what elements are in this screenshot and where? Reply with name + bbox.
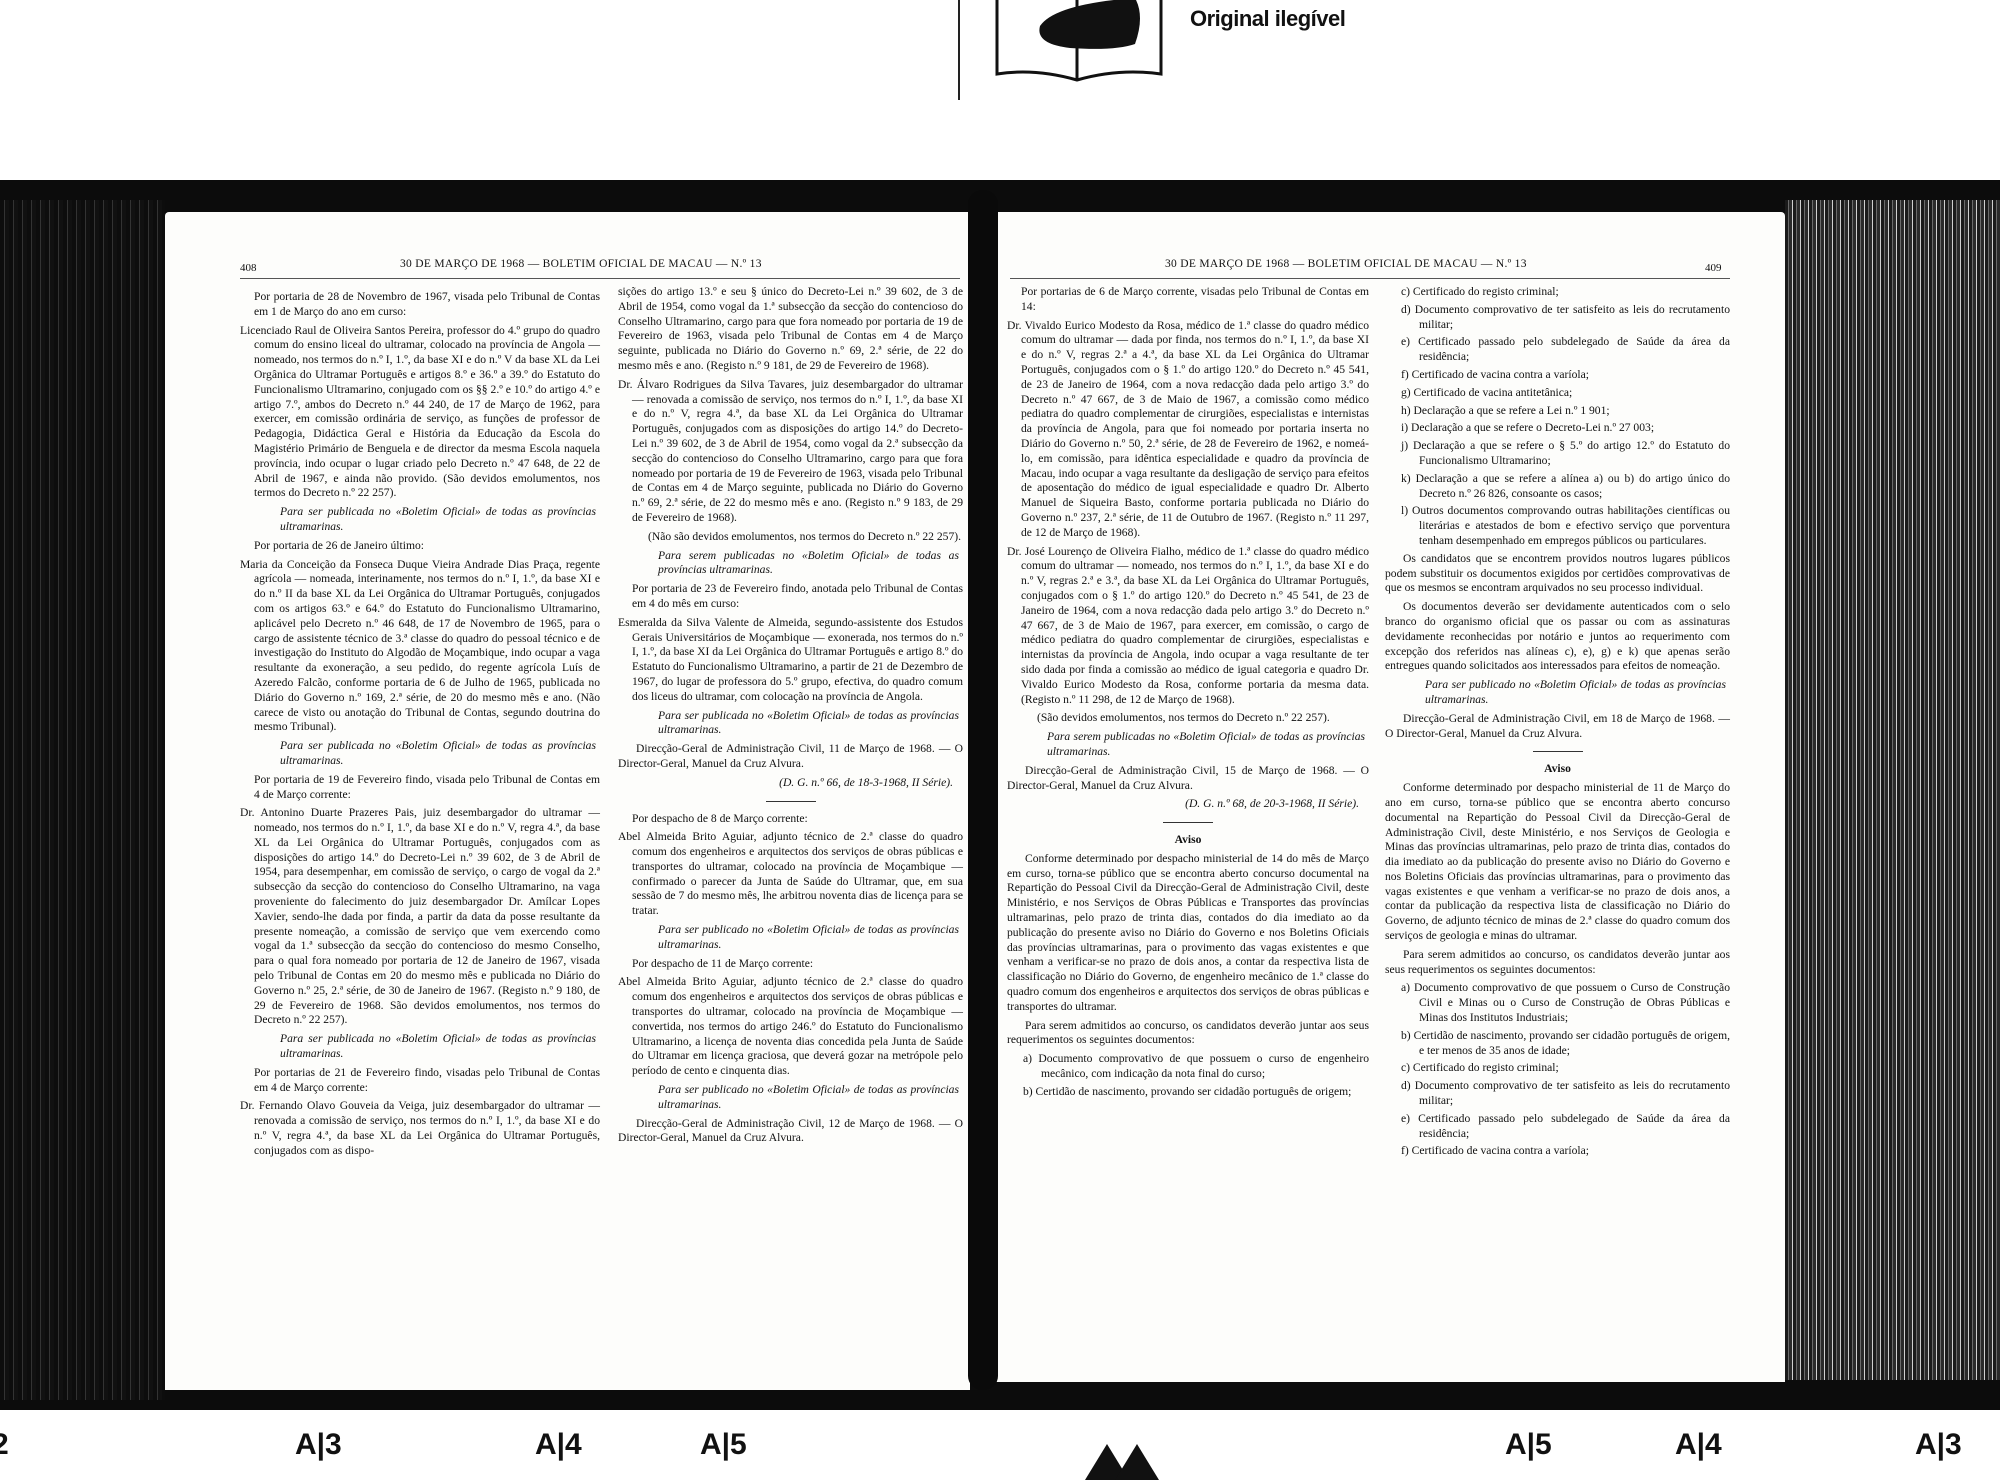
appointment-entry: Abel Almeida Brito Aguiar, adjunto técni… bbox=[618, 975, 963, 1079]
publication-note: Para ser publicada no «Boletim Oficial» … bbox=[618, 709, 963, 739]
body-paragraph: Conforme determinado por despacho minist… bbox=[1007, 852, 1369, 1015]
film-marker-right-3: A|3 bbox=[1915, 1428, 1962, 1462]
body-paragraph: Conforme determinado por despacho minist… bbox=[1385, 781, 1730, 944]
appointment-entry: Licenciado Raul de Oliveira Santos Perei… bbox=[240, 324, 600, 502]
right-running-head: 30 DE MARÇO DE 1968 — BOLETIM OFICIAL DE… bbox=[1165, 258, 1527, 270]
appointment-entry: Dr. Fernando Olavo Gouveia da Veiga, jui… bbox=[240, 1099, 600, 1158]
section-separator bbox=[1163, 822, 1213, 823]
requirement-item: h) Declaração a que se refere a Lei n.º … bbox=[1385, 404, 1730, 419]
book-leaf-icon bbox=[995, 0, 1165, 90]
continued-entry: sições do artigo 13.º e seu § único do D… bbox=[618, 285, 963, 374]
paragraph-intro: Por despacho de 11 de Março corrente: bbox=[618, 957, 963, 972]
requirement-item: f) Certificado de vacina contra a varíol… bbox=[1385, 368, 1730, 383]
page-edges-right bbox=[1785, 200, 2000, 1380]
body-paragraph: Os candidatos que se encontrem providos … bbox=[1385, 552, 1730, 596]
requirement-item: a) Documento comprovativo de que possuem… bbox=[1007, 1052, 1369, 1082]
publication-note: Para ser publicado no «Boletim Oficial» … bbox=[618, 1083, 963, 1113]
publication-note: Para ser publicada no «Boletim Oficial» … bbox=[240, 505, 600, 535]
paragraph-intro: Por portaria de 28 de Novembro de 1967, … bbox=[240, 290, 600, 320]
left-page-number: 408 bbox=[240, 262, 257, 274]
gazette-reference: (D. G. n.º 66, de 18-3-1968, II Série). bbox=[618, 776, 963, 791]
fee-note: (Não são devidos emolumentos, nos termos… bbox=[618, 530, 963, 545]
requirement-item: d) Documento comprovativo de ter satisfe… bbox=[1385, 303, 1730, 333]
paragraph-intro: Por portaria de 23 de Fevereiro findo, a… bbox=[618, 582, 963, 612]
section-separator bbox=[1533, 751, 1583, 752]
film-edge-marker: 2 bbox=[0, 1428, 9, 1462]
page-edges-left bbox=[0, 200, 165, 1400]
illegible-stamp: Original ilegível bbox=[958, 0, 1390, 100]
signature-line: Direcção-Geral de Administração Civil, e… bbox=[1385, 712, 1730, 742]
requirement-item: k) Declaração a que se refere a alínea a… bbox=[1385, 472, 1730, 502]
paragraph-intro: Por despacho de 8 de Março corrente: bbox=[618, 812, 963, 827]
publication-note: Para ser publicado no «Boletim Oficial» … bbox=[1385, 678, 1730, 708]
film-marker-left-3: A|5 bbox=[700, 1428, 747, 1462]
paragraph-intro: Por portarias de 21 de Fevereiro findo, … bbox=[240, 1066, 600, 1096]
requirement-item: c) Certificado do registo criminal; bbox=[1385, 285, 1730, 300]
film-marker-right-1: A|5 bbox=[1505, 1428, 1552, 1462]
requirement-item: d) Documento comprovativo de ter satisfe… bbox=[1385, 1079, 1730, 1109]
requirement-item: e) Certificado passado pelo subdelegado … bbox=[1385, 1112, 1730, 1142]
left-running-head: 30 DE MARÇO DE 1968 — BOLETIM OFICIAL DE… bbox=[400, 258, 762, 270]
paragraph-intro: Por portaria de 19 de Fevereiro findo, v… bbox=[240, 773, 600, 803]
requirement-item: e) Certificado passado pelo subdelegado … bbox=[1385, 335, 1730, 365]
section-title: Aviso bbox=[1007, 833, 1369, 848]
appointment-entry: Dr. Álvaro Rodrigues da Silva Tavares, j… bbox=[618, 378, 963, 526]
right-header-rule bbox=[1010, 278, 1730, 279]
left-page-column-2: sições do artigo 13.º e seu § único do D… bbox=[618, 285, 963, 1150]
body-paragraph: Para serem admitidos ao concurso, os can… bbox=[1007, 1019, 1369, 1049]
appointment-entry: Maria da Conceição da Fonseca Duque Viei… bbox=[240, 558, 600, 736]
left-header-rule bbox=[240, 278, 960, 279]
right-page-column-2: c) Certificado do registo criminal;d) Do… bbox=[1385, 285, 1730, 1162]
signature-line: Direcção-Geral de Administração Civil, 1… bbox=[618, 742, 963, 772]
film-center-arrow-right-icon bbox=[1115, 1444, 1159, 1480]
paragraph-intro: Por portarias de 6 de Março corrente, vi… bbox=[1007, 285, 1369, 315]
appointment-entry: Esmeralda da Silva Valente de Almeida, s… bbox=[618, 616, 963, 705]
requirement-item: g) Certificado de vacina antitetânica; bbox=[1385, 386, 1730, 401]
right-page-column-1: Por portarias de 6 de Março corrente, vi… bbox=[1007, 285, 1369, 1103]
publication-note: Para ser publicado no «Boletim Oficial» … bbox=[618, 923, 963, 953]
gazette-reference: (D. G. n.º 68, de 20-3-1968, II Série). bbox=[1007, 797, 1369, 812]
fee-note: (São devidos emolumentos, nos termos do … bbox=[1007, 711, 1369, 726]
signature-line: Direcção-Geral de Administração Civil, 1… bbox=[1007, 764, 1369, 794]
requirement-item: j) Declaração a que se refere o § 5.º do… bbox=[1385, 439, 1730, 469]
publication-note: Para serem publicadas no «Boletim Oficia… bbox=[618, 549, 963, 579]
requirement-item: c) Certificado do registo criminal; bbox=[1385, 1061, 1730, 1076]
film-marker-left-1: A|3 bbox=[295, 1428, 342, 1462]
scan-top-margin bbox=[0, 0, 958, 100]
book-spine bbox=[968, 190, 998, 1390]
requirement-item: f) Certificado de vacina contra a varíol… bbox=[1385, 1144, 1730, 1159]
illegible-label: Original ilegível bbox=[1190, 6, 1345, 32]
right-page-number: 409 bbox=[1705, 262, 1722, 274]
requirement-item: i) Declaração a que se refere o Decreto-… bbox=[1385, 421, 1730, 436]
appointment-entry: Abel Almeida Brito Aguiar, adjunto técni… bbox=[618, 830, 963, 919]
publication-note: Para ser publicada no «Boletim Oficial» … bbox=[240, 1032, 600, 1062]
appointment-entry: Dr. Vivaldo Eurico Modesto da Rosa, médi… bbox=[1007, 319, 1369, 541]
section-title: Aviso bbox=[1385, 762, 1730, 777]
film-marker-left-2: A|4 bbox=[535, 1428, 582, 1462]
body-paragraph: Os documentos deverão ser devidamente au… bbox=[1385, 600, 1730, 674]
signature-line: Direcção-Geral de Administração Civil, 1… bbox=[618, 1117, 963, 1147]
requirement-item: l) Outros documentos comprovando outras … bbox=[1385, 504, 1730, 548]
film-marker-right-2: A|4 bbox=[1675, 1428, 1722, 1462]
appointment-entry: Dr. Antonino Duarte Prazeres Pais, juiz … bbox=[240, 806, 600, 1028]
appointment-entry: Dr. José Lourenço de Oliveira Fialho, mé… bbox=[1007, 545, 1369, 708]
publication-note: Para ser publicada no «Boletim Oficial» … bbox=[240, 739, 600, 769]
paragraph-intro: Por portaria de 26 de Janeiro último: bbox=[240, 539, 600, 554]
left-page-column-1: Por portaria de 28 de Novembro de 1967, … bbox=[240, 290, 600, 1163]
publication-note: Para serem publicadas no «Boletim Oficia… bbox=[1007, 730, 1369, 760]
body-paragraph: Para serem admitidos ao concurso, os can… bbox=[1385, 948, 1730, 978]
requirement-item: a) Documento comprovativo de que possuem… bbox=[1385, 981, 1730, 1025]
requirement-item: b) Certidão de nascimento, provando ser … bbox=[1385, 1029, 1730, 1059]
requirement-item: b) Certidão de nascimento, provando ser … bbox=[1007, 1085, 1369, 1100]
section-separator bbox=[766, 801, 816, 802]
